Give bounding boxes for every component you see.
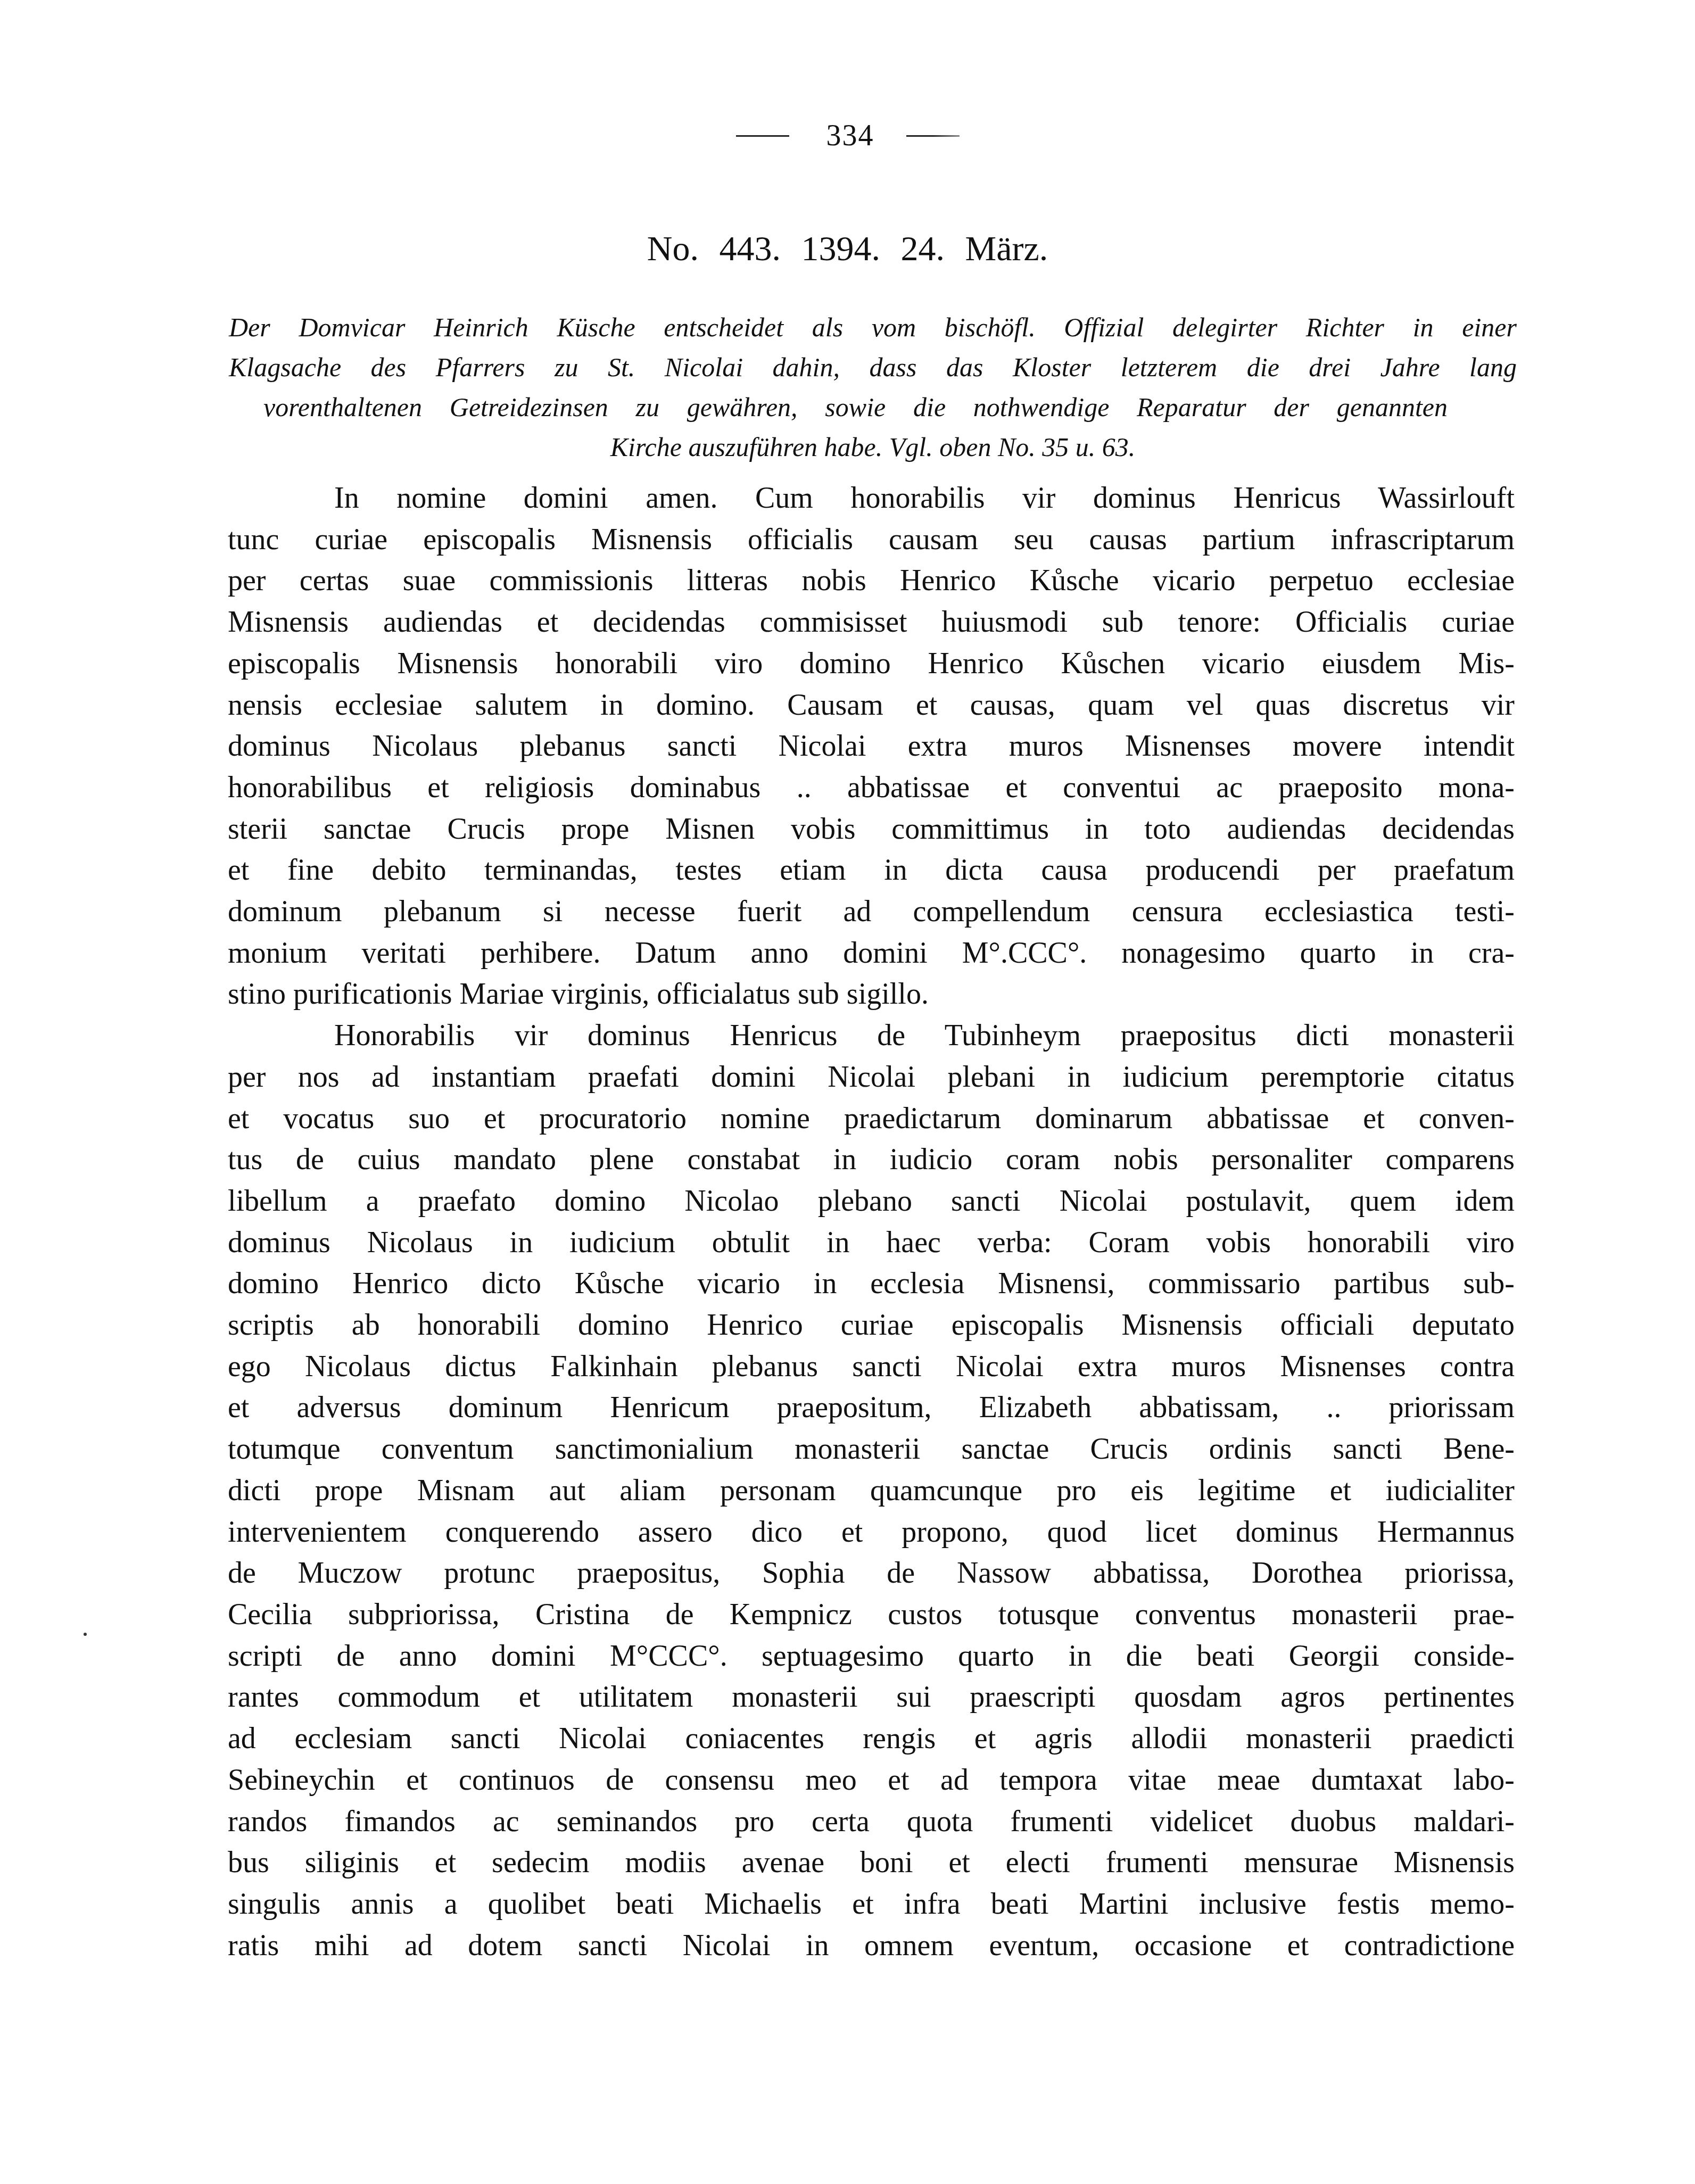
- text-line: per certas suae commissionis litteras no…: [228, 560, 1515, 602]
- text-line: ego Nicolaus dictus Falkinhain plebanus …: [228, 1346, 1515, 1388]
- text-line: de Muczow protunc praepositus, Sophia de…: [228, 1553, 1515, 1594]
- text-line: tus de cuius mandato plene constabat in …: [228, 1139, 1515, 1181]
- text-line: dominum plebanum si necesse fuerit ad co…: [228, 891, 1515, 933]
- text-line: scriptis ab honorabili domino Henrico cu…: [228, 1305, 1515, 1346]
- text-line: dicti prope Misnam aut aliam personam qu…: [228, 1470, 1515, 1512]
- text-line: scripti de anno domini M°CCC°. septuages…: [228, 1636, 1515, 1677]
- text-line: bus siliginis et sedecim modiis avenae b…: [228, 1842, 1515, 1884]
- text-line: honorabilibus et religiosis dominabus ..…: [228, 767, 1515, 809]
- text-line: ratis mihi ad dotem sancti Nicolai in om…: [228, 1925, 1515, 1967]
- text-line: per nos ad instantiam praefati domini Ni…: [228, 1057, 1515, 1098]
- text-line: stino purificationis Mariae virginis, of…: [228, 974, 1515, 1015]
- header-rule-right: [906, 135, 960, 137]
- entry-title: No. 443. 1394. 24. März.: [0, 229, 1695, 269]
- text-line: ad ecclesiam sancti Nicolai coniacentes …: [228, 1718, 1515, 1760]
- regest-line: vorenthaltenen Getreidezinsen zu gewähre…: [229, 387, 1517, 427]
- text-line: Honorabilis vir dominus Henricus de Tubi…: [228, 1015, 1515, 1057]
- text-line: monium veritati perhibere. Datum anno do…: [228, 933, 1515, 974]
- text-line: tunc curiae episcopalis Misnensis offici…: [228, 519, 1515, 561]
- text-line: domino Henrico dicto Kůsche vicario in e…: [228, 1263, 1515, 1305]
- text-line: randos fimandos ac seminandos pro certa …: [228, 1801, 1515, 1843]
- text-line: singulis annis a quolibet beati Michaeli…: [228, 1884, 1515, 1925]
- text-line: sterii sanctae Crucis prope Misnen vobis…: [228, 809, 1515, 850]
- page-number: 334: [826, 121, 874, 151]
- regest-line: Der Domvicar Heinrich Küsche entscheidet…: [229, 308, 1517, 348]
- text-line: Cecilia subpriorissa, Cristina de Kempni…: [228, 1594, 1515, 1636]
- text-line: Misnensis audiendas et decidendas commis…: [228, 602, 1515, 643]
- text-line: nensis ecclesiae salutem in domino. Caus…: [228, 685, 1515, 726]
- text-line: intervenientem conquerendo assero dico e…: [228, 1512, 1515, 1553]
- text-line: totumque conventum sanctimonialium monas…: [228, 1429, 1515, 1470]
- text-line: rantes commodum et utilitatem monasterii…: [228, 1677, 1515, 1718]
- header-rule-left: [736, 135, 789, 137]
- text-line: et adversus dominum Henricum praepositum…: [228, 1387, 1515, 1429]
- text-line: episcopalis Misnensis honorabili viro do…: [228, 643, 1515, 685]
- scan-speck: [84, 1633, 87, 1636]
- text-line: libellum a praefato domino Nicolao pleba…: [228, 1181, 1515, 1222]
- text-line: et fine debito terminandas, testes etiam…: [228, 850, 1515, 891]
- body-text: In nomine domini amen. Cum honorabilis v…: [228, 478, 1515, 1966]
- regest-line: Kirche auszuführen habe. Vgl. oben No. 3…: [229, 427, 1517, 467]
- regest-summary: Der Domvicar Heinrich Küsche entscheidet…: [229, 308, 1517, 467]
- text-line: In nomine domini amen. Cum honorabilis v…: [228, 478, 1515, 519]
- document-page: 334 No. 443. 1394. 24. März. Der Domvica…: [0, 0, 1695, 2184]
- text-line: dominus Nicolaus in iudicium obtulit in …: [228, 1222, 1515, 1264]
- text-line: et vocatus suo et procuratorio nomine pr…: [228, 1098, 1515, 1140]
- regest-line: Klagsache des Pfarrers zu St. Nicolai da…: [229, 348, 1517, 387]
- paragraph-2: Honorabilis vir dominus Henricus de Tubi…: [228, 1015, 1515, 1966]
- page-header: 334: [0, 112, 1695, 160]
- text-line: Sebineychin et continuos de consensu meo…: [228, 1760, 1515, 1801]
- paragraph-1: In nomine domini amen. Cum honorabilis v…: [228, 478, 1515, 1015]
- text-line: dominus Nicolaus plebanus sancti Nicolai…: [228, 726, 1515, 767]
